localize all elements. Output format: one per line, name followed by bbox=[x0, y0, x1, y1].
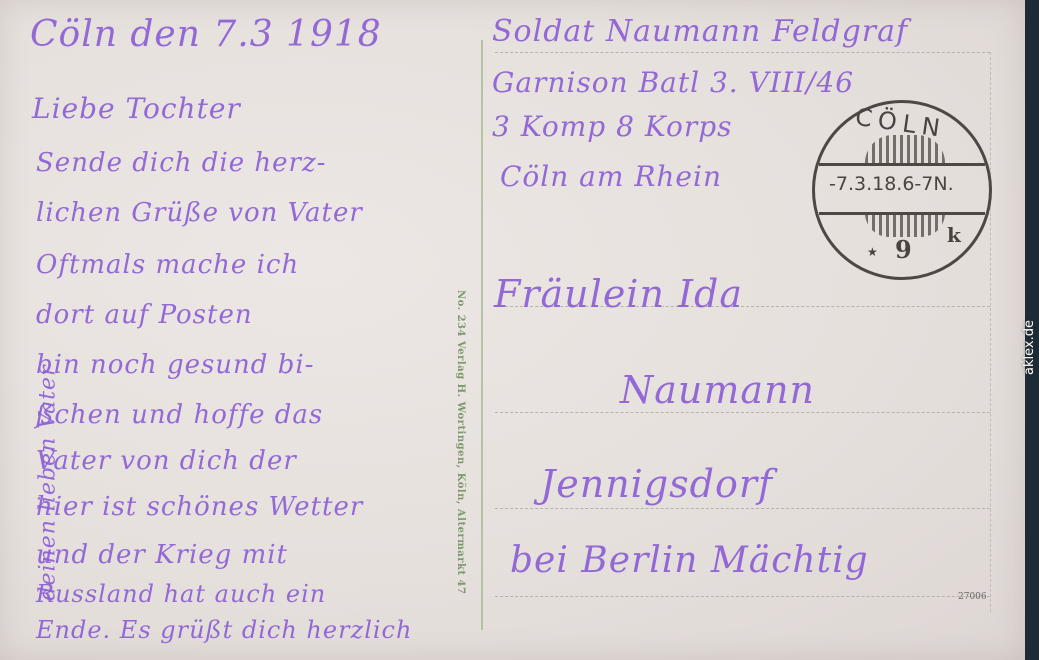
message-date: Cöln den 7.3 1918 bbox=[30, 14, 382, 55]
stamp-box-border bbox=[990, 52, 991, 612]
address-rule bbox=[495, 596, 990, 597]
message-line: Vater von dich der bbox=[36, 446, 297, 476]
address-rule bbox=[495, 52, 990, 53]
message-line: dort auf Posten bbox=[36, 300, 253, 330]
message-line: und der Krieg mit bbox=[36, 540, 288, 570]
postmark: CÖLN -7.3.18.6-7N. ★ 9 k bbox=[812, 100, 992, 280]
postmark-number: 9 bbox=[895, 235, 912, 264]
sender-line: Cöln am Rhein bbox=[500, 160, 722, 193]
address-line: bei Berlin Mächtig bbox=[510, 540, 869, 581]
message-line: Sende dich die herz- bbox=[36, 148, 326, 178]
sender-line: 3 Komp 8 Korps bbox=[492, 110, 733, 143]
postmark-date: -7.3.18.6-7N. bbox=[829, 173, 954, 195]
center-divider bbox=[481, 40, 483, 630]
printed-number: 27006 bbox=[958, 592, 987, 602]
address-line: Jennigsdorf bbox=[540, 462, 773, 506]
sender-line: Garnison Batl 3. VIII/46 bbox=[492, 66, 854, 99]
publisher-imprint: No. 234 Verlag H. Wortingen, Köln, Alter… bbox=[455, 290, 466, 594]
message-line: Oftmals mache ich bbox=[36, 250, 299, 280]
postmark-letter: k bbox=[947, 223, 961, 247]
postmark-ornament bbox=[865, 135, 945, 163]
message-line: ßchen und hoffe das bbox=[36, 400, 323, 430]
address-line: Naumann bbox=[620, 368, 815, 412]
watermark: aklex.de bbox=[1022, 320, 1037, 375]
message-line: Ende. Es grüßt dich herzlich bbox=[36, 616, 412, 644]
message-line: Russland hat auch ein bbox=[36, 580, 326, 608]
message-line: hier ist schönes Wetter bbox=[36, 492, 363, 522]
message-line: bin noch gesund bi- bbox=[36, 350, 314, 380]
margin-note: deinen lieben Vater bbox=[36, 364, 61, 600]
message-greeting: Liebe Tochter bbox=[32, 92, 241, 125]
address-line: Fräulein Ida bbox=[494, 272, 743, 316]
postmark-star: ★ bbox=[867, 245, 878, 259]
address-rule bbox=[495, 412, 990, 413]
sender-line: Soldat Naumann Feldgraf bbox=[492, 14, 908, 49]
address-rule bbox=[495, 508, 990, 509]
postcard-back: Cöln den 7.3 1918 Liebe Tochter Sende di… bbox=[0, 0, 1025, 660]
message-line: lichen Grüße von Vater bbox=[36, 198, 363, 228]
postmark-ornament bbox=[865, 213, 945, 237]
